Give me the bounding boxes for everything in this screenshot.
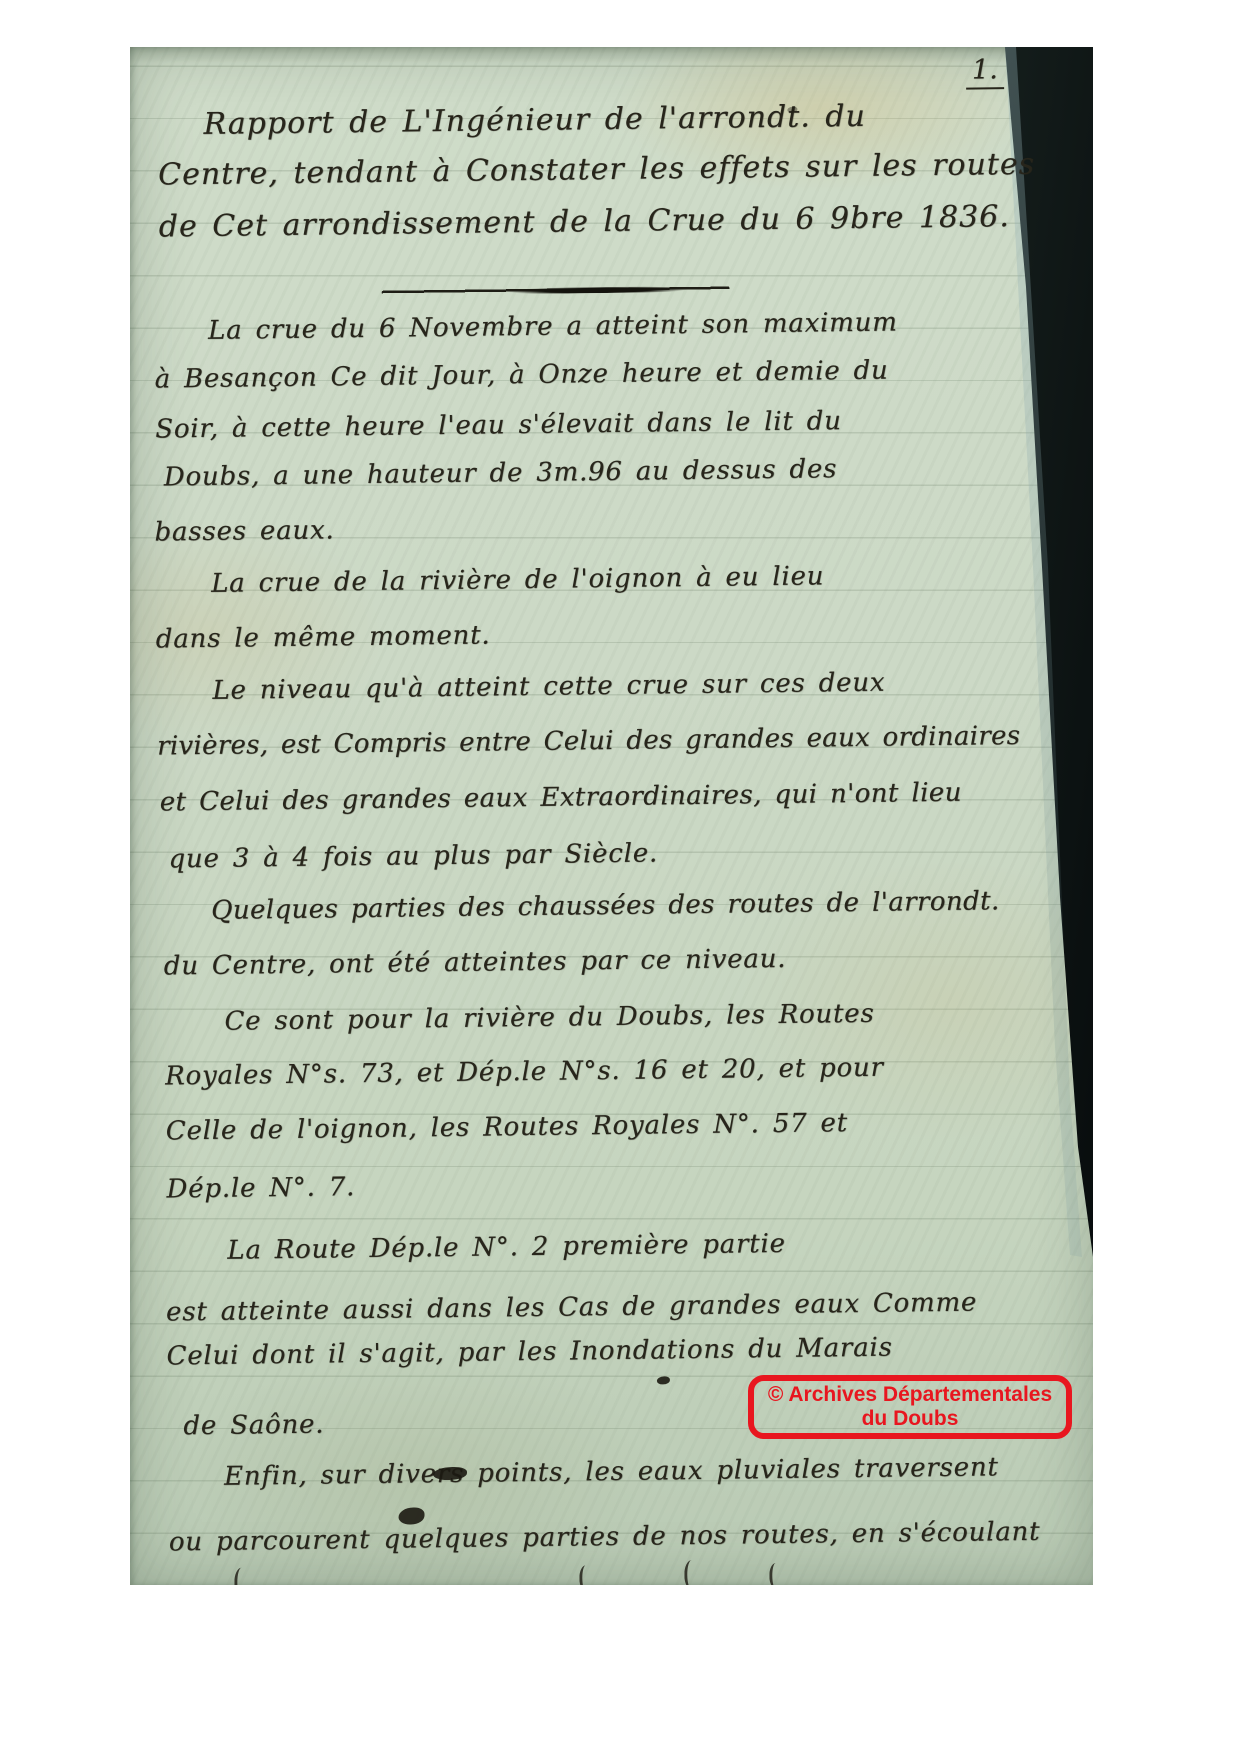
cutoff-line-stroke — [579, 1565, 592, 1585]
manuscript-line: Enfin, sur divers points, les eaux pluvi… — [224, 1452, 999, 1491]
title-line: Centre, tendant à Constater les effets s… — [158, 147, 1035, 193]
manuscript-line: que 3 à 4 fois au plus par Siècle. — [168, 838, 658, 874]
manuscript-line: Celui dont il s'agit, par les Inondation… — [166, 1333, 892, 1372]
cutoff-line-stroke — [684, 1560, 699, 1585]
handwriting-layer: 1. Rapport de L'Ingénieur de l'arrondt. … — [130, 47, 1093, 1585]
manuscript-photo: 1. Rapport de L'Ingénieur de l'arrondt. … — [130, 47, 1093, 1585]
manuscript-line: Soir, à cette heure l'eau s'élevait dans… — [155, 406, 842, 444]
manuscript-line: Dép.le N°. 7. — [166, 1172, 355, 1204]
title-line: Rapport de L'Ingénieur de l'arrondt. du — [203, 99, 866, 142]
page-number: 1. — [966, 54, 1004, 89]
manuscript-line: à Besançon Ce dit Jour, à Onze heure et … — [154, 356, 888, 395]
manuscript-line: Celle de l'oignon, les Routes Royales N°… — [166, 1108, 848, 1146]
manuscript-line: est atteinte aussi dans les Cas de grand… — [166, 1288, 977, 1328]
manuscript-line: et Celui des grandes eaux Extraordinaire… — [160, 778, 962, 818]
cutoff-line-stroke — [769, 1563, 782, 1585]
manuscript-line: dans le même moment. — [156, 620, 491, 654]
manuscript-line: Le niveau qu'à atteint cette crue sur ce… — [212, 668, 885, 706]
manuscript-line: de Saône. — [183, 1410, 324, 1442]
manuscript-line: La crue de la rivière de l'oignon à eu l… — [211, 561, 824, 598]
manuscript-line: Ce sont pour la rivière du Doubs, les Ro… — [224, 999, 874, 1037]
manuscript-line: Doubs, a une hauteur de 3m.96 au dessus … — [164, 454, 838, 492]
manuscript-line: Quelques parties des chaussées des route… — [211, 886, 1000, 926]
ink-blot — [657, 1376, 670, 1384]
manuscript-line: La Route Dép.le N°. 2 première partie — [227, 1229, 786, 1266]
manuscript-line: du Centre, ont été atteintes par ce nive… — [164, 944, 787, 982]
manuscript-line: Royales N°s. 73, et Dép.le N°s. 16 et 20… — [165, 1053, 884, 1092]
manuscript-line: basses eaux. — [154, 515, 334, 547]
archives-stamp: © Archives Départementales du Doubs — [748, 1375, 1072, 1439]
title-line: de Cet arrondissement de la Crue du 6 9b… — [159, 199, 1010, 244]
manuscript-line: ou parcourent quelques parties de nos ro… — [169, 1517, 1041, 1558]
scan-page: 1. Rapport de L'Ingénieur de l'arrondt. … — [0, 0, 1240, 1754]
report-title: Rapport de L'Ingénieur de l'arrondt. du … — [130, 47, 1084, 53]
stamp-copyright-text: © Archives Départementales — [768, 1383, 1052, 1407]
manuscript-line: La crue du 6 Novembre a atteint son maxi… — [208, 307, 898, 345]
ink-blot — [398, 1507, 424, 1524]
stamp-copyright-text: du Doubs — [862, 1407, 959, 1431]
divider-rule — [382, 286, 730, 296]
manuscript-line: rivières, est Compris entre Celui des gr… — [157, 721, 1021, 762]
cutoff-line-stroke — [234, 1567, 249, 1585]
